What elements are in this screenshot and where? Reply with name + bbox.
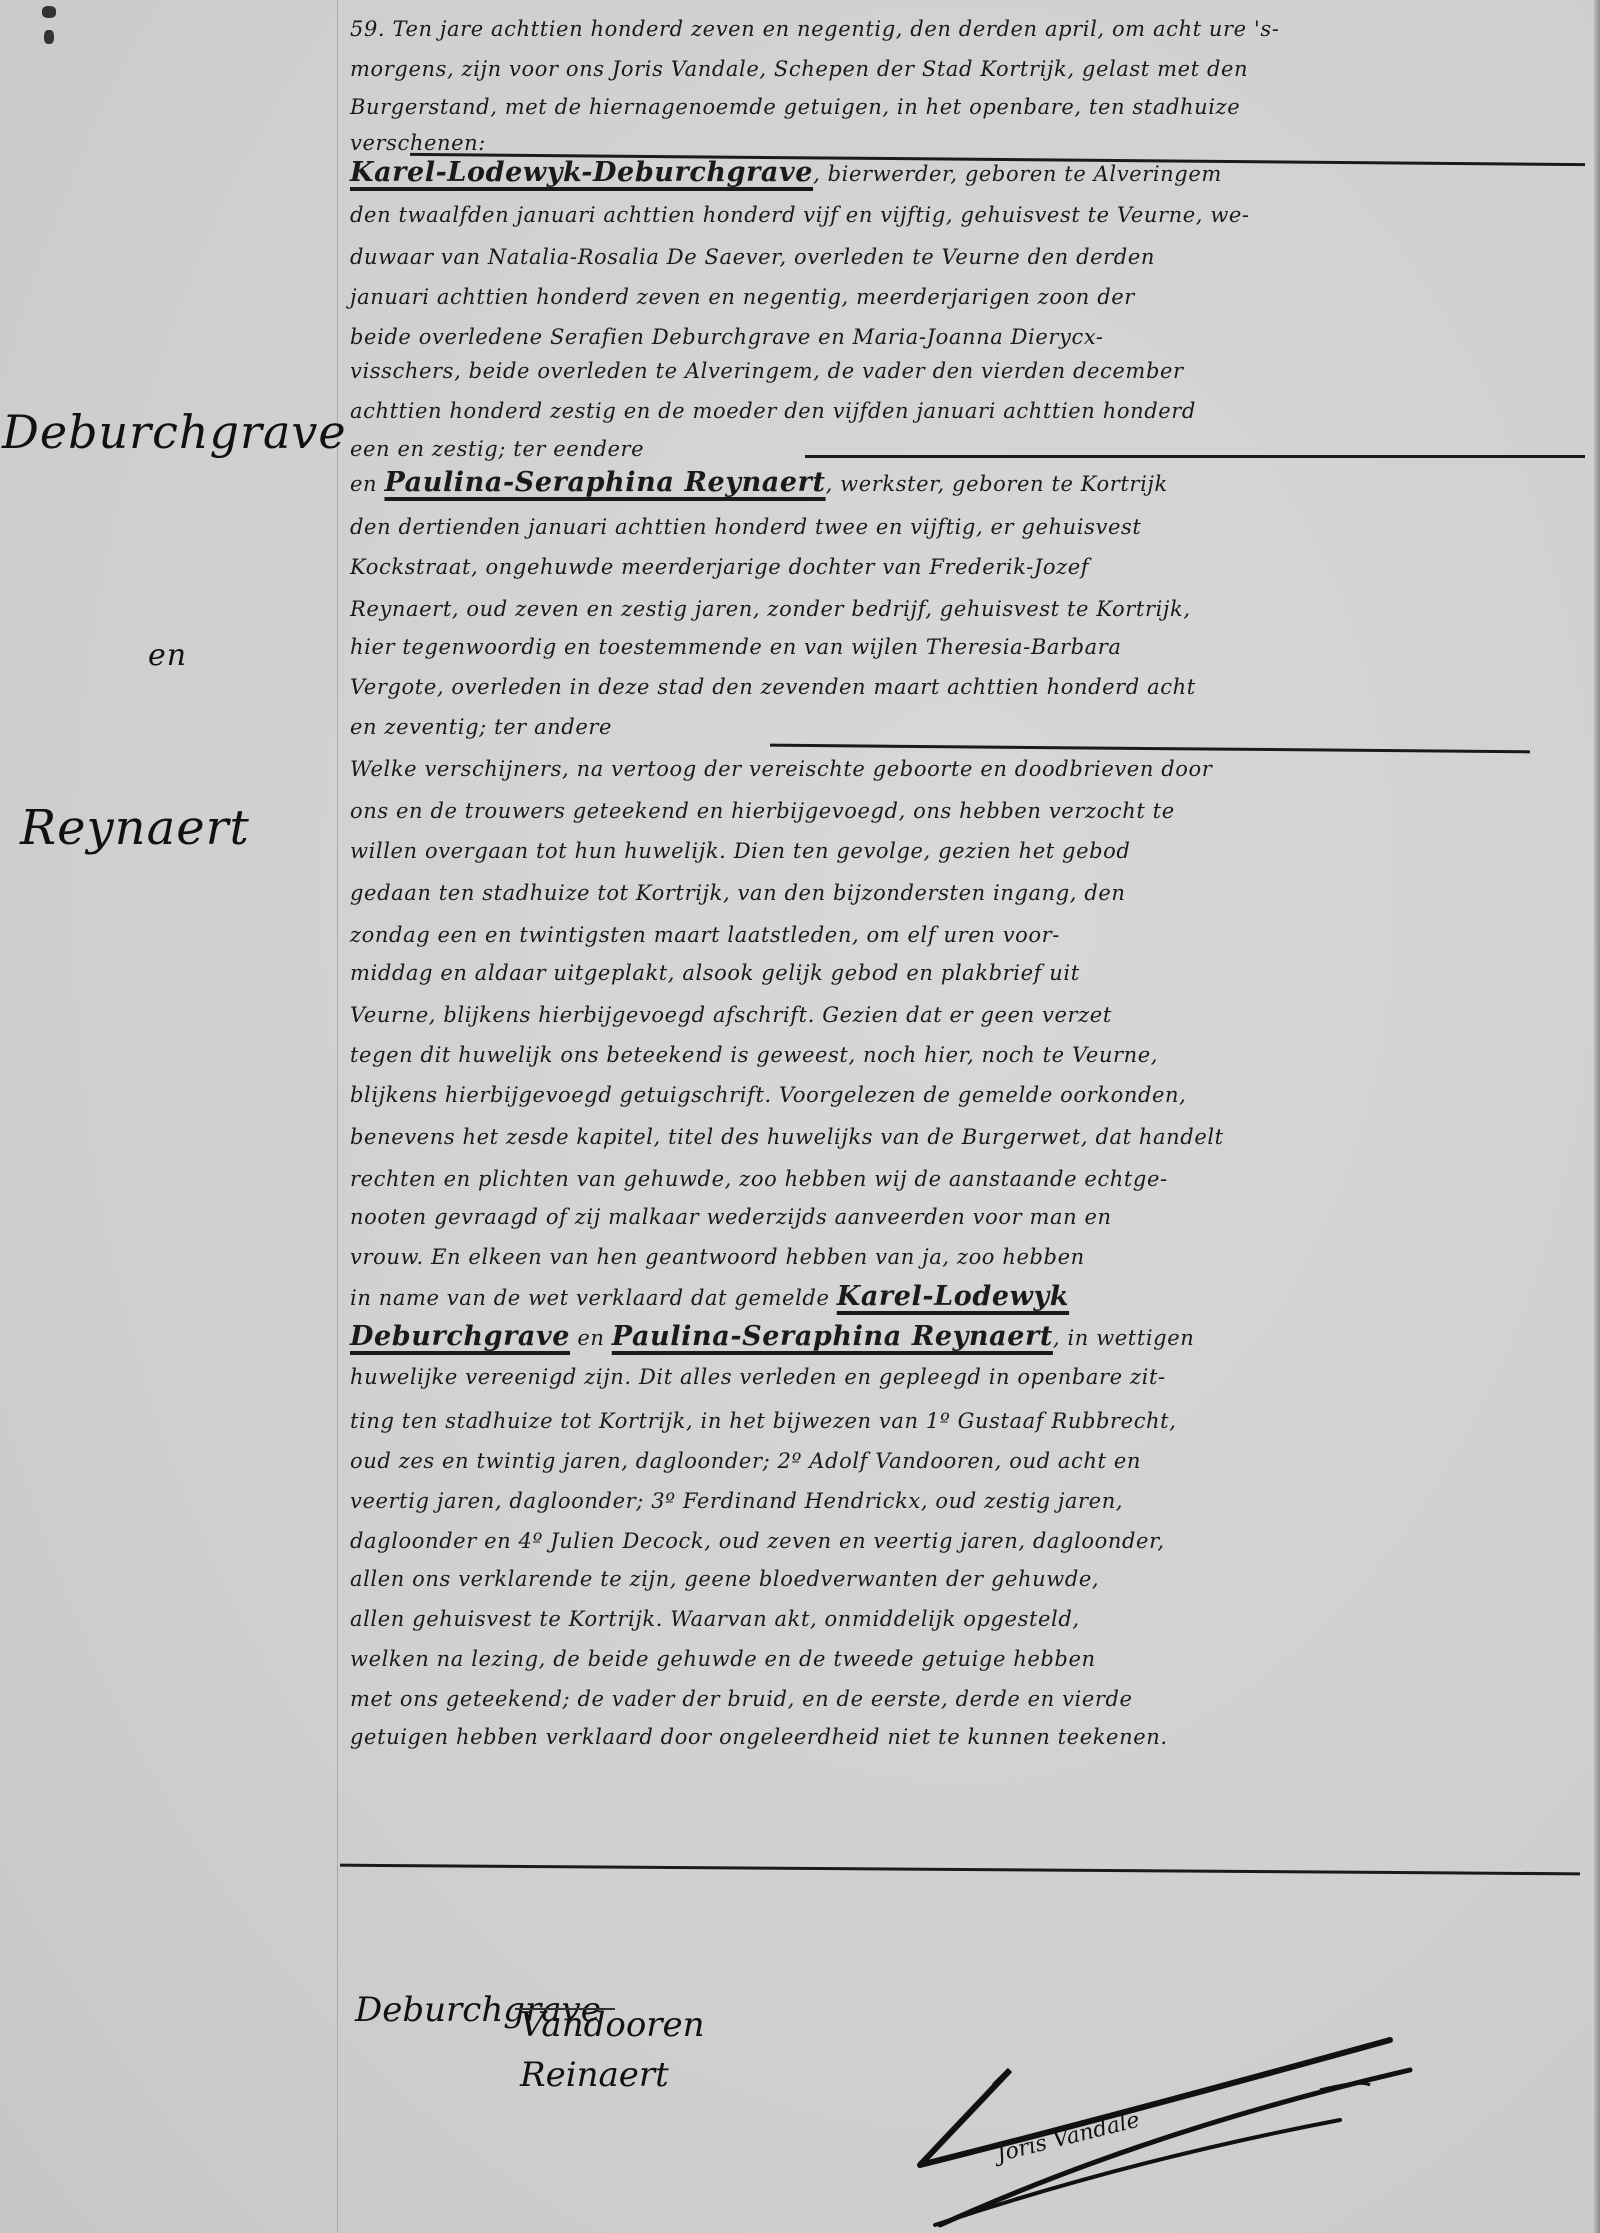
text-run: zondag een en twintigsten maart laatstle… xyxy=(350,923,1060,947)
text-run: allen gehuisvest te Kortrijk. Waarvan ak… xyxy=(350,1607,1080,1631)
text-line: dagloonder en 4º Julien Decock, oud zeve… xyxy=(350,1526,1580,1556)
signature-witness: Vandooren xyxy=(520,2005,705,2045)
text-line: allen gehuisvest te Kortrijk. Waarvan ak… xyxy=(350,1604,1580,1634)
text-run: Kockstraat, ongehuwde meerderjarige doch… xyxy=(350,555,1089,579)
text-run: middag en aldaar uitgeplakt, alsook geli… xyxy=(350,961,1080,985)
party-name: Karel-Lodewyk xyxy=(837,1281,1069,1312)
text-line: nooten gevraagd of zij malkaar wederzijd… xyxy=(350,1202,1580,1232)
text-run: met ons geteekend; de vader der bruid, e… xyxy=(350,1687,1133,1711)
page-edge xyxy=(1594,0,1600,2233)
text-run: tegen dit huwelijk ons beteekend is gewe… xyxy=(350,1043,1158,1067)
section-rule xyxy=(770,744,1530,754)
ink-spot xyxy=(42,6,56,18)
text-line: middag en aldaar uitgeplakt, alsook geli… xyxy=(350,958,1580,988)
text-line: den dertienden januari achttien honderd … xyxy=(350,512,1580,542)
text-line: 59. Ten jare achttien honderd zeven en n… xyxy=(350,14,1580,44)
text-line: Veurne, blijkens hierbijgevoegd afschrif… xyxy=(350,1000,1580,1030)
text-run: vrouw. En elkeen van hen geantwoord hebb… xyxy=(350,1245,1085,1269)
text-line: rechten en plichten van gehuwde, zoo heb… xyxy=(350,1164,1580,1194)
text-run: Welke verschijners, na vertoog der verei… xyxy=(350,757,1212,781)
text-line: Vergote, overleden in deze stad den zeve… xyxy=(350,672,1580,702)
text-run: welken na lezing, de beide gehuwde en de… xyxy=(350,1647,1096,1671)
text-run: , in wettigen xyxy=(1053,1326,1194,1350)
text-line: Reynaert, oud zeven en zestig jaren, zon… xyxy=(350,594,1580,624)
text-line: Kockstraat, ongehuwde meerderjarige doch… xyxy=(350,552,1580,582)
text-line: den twaalfden januari achttien honderd v… xyxy=(350,200,1580,230)
text-line: met ons geteekend; de vader der bruid, e… xyxy=(350,1684,1580,1714)
text-line: achttien honderd zestig en de moeder den… xyxy=(350,396,1580,426)
text-run: en zeventig; ter andere xyxy=(350,715,612,739)
text-run: ting ten stadhuize tot Kortrijk, in het … xyxy=(350,1409,1177,1433)
text-line: allen ons verklarende te zijn, geene blo… xyxy=(350,1564,1580,1594)
text-run: Reynaert, oud zeven en zestig jaren, zon… xyxy=(350,597,1191,621)
text-run: allen ons verklarende te zijn, geene blo… xyxy=(350,1567,1099,1591)
party-name: Deburchgrave xyxy=(350,1321,570,1352)
section-rule xyxy=(805,455,1585,458)
text-run: dagloonder en 4º Julien Decock, oud zeve… xyxy=(350,1529,1165,1553)
text-line: getuigen hebben verklaard door ongeleerd… xyxy=(350,1722,1580,1752)
text-line: en zeventig; ter andere xyxy=(350,712,1580,742)
text-line: willen overgaan tot hun huwelijk. Dien t… xyxy=(350,836,1580,866)
text-line: blijkens hierbijgevoegd getuigschrift. V… xyxy=(350,1080,1580,1110)
text-line: Welke verschijners, na vertoog der verei… xyxy=(350,754,1580,784)
text-run: veertig jaren, dagloonder; 3º Ferdinand … xyxy=(350,1489,1123,1513)
text-run: beide overledene Serafien Deburchgrave e… xyxy=(350,325,1104,349)
text-run: , bierwerder, geboren te Alveringem xyxy=(813,162,1222,186)
text-run: , werkster, geboren te Kortrijk xyxy=(826,472,1168,496)
text-run: willen overgaan tot hun huwelijk. Dien t… xyxy=(350,839,1130,863)
text-run: duwaar van Natalia-Rosalia De Saever, ov… xyxy=(350,245,1155,269)
text-run: een en zestig; ter eendere xyxy=(350,437,644,461)
text-line: vrouw. En elkeen van hen geantwoord hebb… xyxy=(350,1242,1580,1272)
closing-rule xyxy=(340,1864,1580,1876)
text-line: Burgerstand, met de hiernagenoemde getui… xyxy=(350,92,1580,122)
text-line: benevens het zesde kapitel, titel des hu… xyxy=(350,1122,1580,1152)
text-line: een en zestig; ter eendere xyxy=(350,434,1580,464)
text-line: huwelijke vereenigd zijn. Dit alles verl… xyxy=(350,1362,1580,1392)
text-run: morgens, zijn voor ons Joris Vandale, Sc… xyxy=(350,57,1248,81)
text-line: beide overledene Serafien Deburchgrave e… xyxy=(350,322,1580,352)
ink-spot xyxy=(44,30,54,44)
text-line: Deburchgrave en Paulina-Seraphina Reynae… xyxy=(350,1322,1580,1353)
text-run: den dertienden januari achttien honderd … xyxy=(350,515,1141,539)
text-run: januari achttien honderd zeven en negent… xyxy=(350,285,1135,309)
register-page: Deburchgrave en Reynaert 59. Ten jare ac… xyxy=(0,0,1600,2233)
margin-conjunction: en xyxy=(148,638,187,673)
text-run: verschenen: xyxy=(350,131,486,155)
text-run: den twaalfden januari achttien honderd v… xyxy=(350,203,1250,227)
text-line: visschers, beide overleden te Alveringem… xyxy=(350,356,1580,386)
text-run: 59. Ten jare achttien honderd zeven en n… xyxy=(350,17,1279,41)
text-run: Vergote, overleden in deze stad den zeve… xyxy=(350,675,1196,699)
text-run: Burgerstand, met de hiernagenoemde getui… xyxy=(350,95,1240,119)
text-line: januari achttien honderd zeven en negent… xyxy=(350,282,1580,312)
text-run: huwelijke vereenigd zijn. Dit alles verl… xyxy=(350,1365,1166,1389)
text-run: gedaan ten stadhuize tot Kortrijk, van d… xyxy=(350,881,1126,905)
margin-bride-surname: Reynaert xyxy=(20,800,250,856)
party-name: Paulina-Seraphina Reynaert xyxy=(384,467,825,498)
text-run: benevens het zesde kapitel, titel des hu… xyxy=(350,1125,1224,1149)
text-line: hier tegenwoordig en toestemmende en van… xyxy=(350,632,1580,662)
text-run: Veurne, blijkens hierbijgevoegd afschrif… xyxy=(350,1003,1112,1027)
text-line: zondag een en twintigsten maart laatstle… xyxy=(350,920,1580,950)
text-run: hier tegenwoordig en toestemmende en van… xyxy=(350,635,1122,659)
text-run: nooten gevraagd of zij malkaar wederzijd… xyxy=(350,1205,1112,1229)
text-line: oud zes en twintig jaren, dagloonder; 2º… xyxy=(350,1446,1580,1476)
text-run: visschers, beide overleden te Alveringem… xyxy=(350,359,1184,383)
text-line: ons en de trouwers geteekend en hierbijg… xyxy=(350,796,1580,826)
text-line: gedaan ten stadhuize tot Kortrijk, van d… xyxy=(350,878,1580,908)
text-run: rechten en plichten van gehuwde, zoo heb… xyxy=(350,1167,1168,1191)
text-run: getuigen hebben verklaard door ongeleerd… xyxy=(350,1725,1168,1749)
text-run: in name van de wet verklaard dat gemelde xyxy=(350,1286,837,1310)
margin-rule xyxy=(337,0,338,2233)
text-line: in name van de wet verklaard dat gemelde… xyxy=(350,1282,1580,1313)
text-line: duwaar van Natalia-Rosalia De Saever, ov… xyxy=(350,242,1580,272)
text-line: en Paulina-Seraphina Reynaert, werkster,… xyxy=(350,468,1580,499)
text-line: veertig jaren, dagloonder; 3º Ferdinand … xyxy=(350,1486,1580,1516)
text-line: welken na lezing, de beide gehuwde en de… xyxy=(350,1644,1580,1674)
party-name: Paulina-Seraphina Reynaert xyxy=(612,1321,1053,1352)
text-run: ons en de trouwers geteekend en hierbijg… xyxy=(350,799,1175,823)
official-signature-flourish xyxy=(900,2010,1460,2233)
text-run: achttien honderd zestig en de moeder den… xyxy=(350,399,1196,423)
text-line: morgens, zijn voor ons Joris Vandale, Sc… xyxy=(350,54,1580,84)
signature-bride: Reinaert xyxy=(520,2055,669,2095)
text-run: en xyxy=(350,472,384,496)
text-run: en xyxy=(570,1326,612,1350)
text-line: tegen dit huwelijk ons beteekend is gewe… xyxy=(350,1040,1580,1070)
text-run: oud zes en twintig jaren, dagloonder; 2º… xyxy=(350,1449,1141,1473)
party-name: Karel-Lodewyk-Deburchgrave xyxy=(350,157,813,188)
text-line: ting ten stadhuize tot Kortrijk, in het … xyxy=(350,1406,1580,1436)
margin-groom-surname: Deburchgrave xyxy=(2,405,347,459)
text-run: blijkens hierbijgevoegd getuigschrift. V… xyxy=(350,1083,1186,1107)
